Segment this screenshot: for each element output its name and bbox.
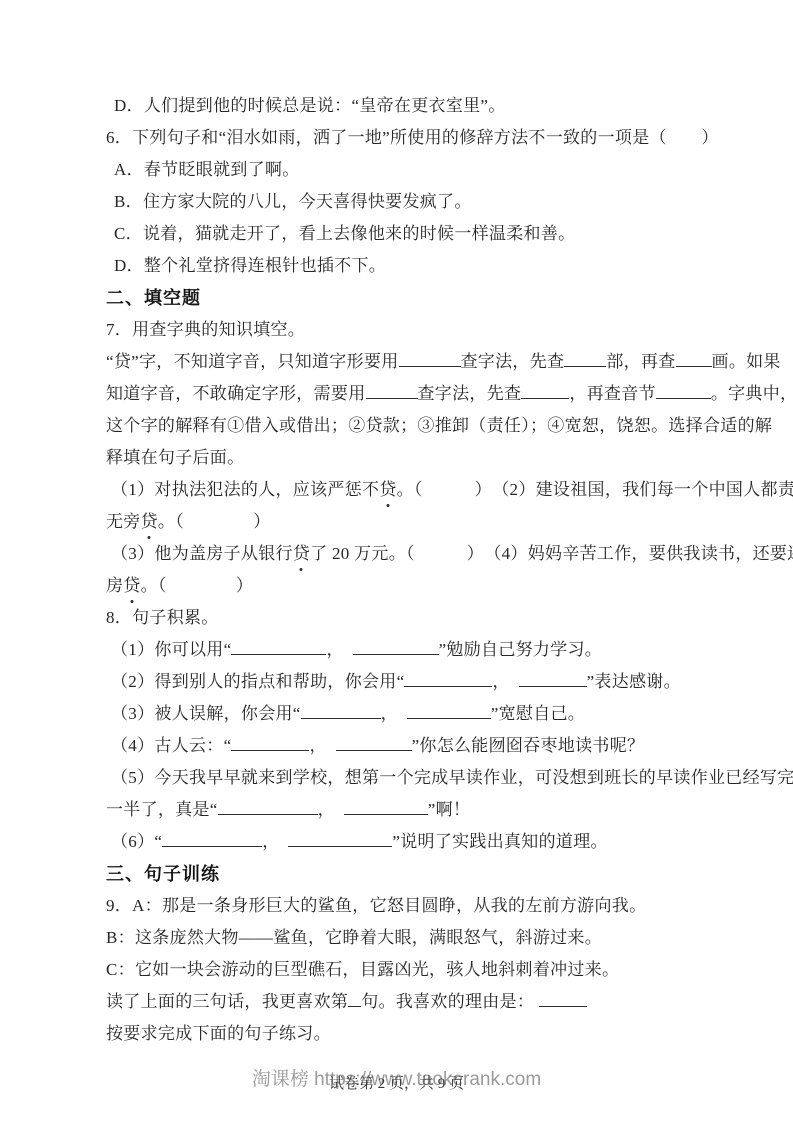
blank-underline	[564, 362, 606, 367]
text-line: 这个字的解释有①借入或借出；②贷款；③推卸（责任）；④宽恕，饶恕。选择合适的解	[106, 410, 746, 442]
text-line: （1）对执法犯法的人，应该严惩不贷。（ ） （2）建设祖国，我们每一个中国人都责	[106, 474, 746, 506]
text-segment: ，	[262, 832, 288, 851]
text-segment: 9．A：那是一条身形巨大的鲨鱼，它怒目圆睁，从我的左前方游向我。	[106, 896, 646, 915]
emphasized-char: 贷	[379, 474, 396, 506]
blank-underline	[539, 1002, 587, 1007]
blank-underline	[162, 842, 262, 847]
text-segment: ，	[309, 736, 335, 755]
blank-underline	[399, 362, 461, 367]
text-line: （3）他为盖房子从银行贷了 20 万元。（ ） （4）妈妈辛苦工作，要供我读书，…	[106, 538, 746, 570]
text-segment: 一半了，真是“	[106, 800, 218, 819]
text-segment: 画。如果	[712, 352, 781, 371]
text-segment: 房	[106, 576, 123, 595]
text-segment: 按要求完成下面的句子练习。	[106, 1024, 331, 1043]
text-line: （1）你可以用“， ”勉励自己努力学习。	[106, 634, 746, 666]
text-segment: （6）“	[111, 832, 162, 851]
text-segment: 无旁	[106, 512, 141, 531]
text-line: （5）今天我早早就来到学校，想第一个完成早读作业，可没想到班长的早读作业已经写完	[106, 762, 746, 794]
section-heading: 二、填空题	[106, 282, 746, 314]
text-segment: B：这条庞然大物——鲨鱼，它睁着大眼，满眼怒气，斜游过来。	[106, 928, 602, 947]
blank-underline	[366, 394, 418, 399]
text-segment: 释填在句子后面。	[106, 448, 244, 467]
text-line: 6．下列句子和“泪水如雨，洒了一地”所使用的修辞方法不一致的一项是（ ）	[106, 122, 746, 154]
text-segment: （3）被人误解，你会用“	[111, 704, 301, 723]
text-segment: 7．用查字典的知识填空。	[106, 320, 305, 339]
blank-underline	[407, 714, 491, 719]
blank-underline	[519, 682, 587, 687]
text-segment: ，	[492, 672, 518, 691]
text-segment: 。字典中，	[711, 384, 793, 403]
text-segment: ”说明了实践出真知的道理。	[392, 832, 607, 851]
text-segment: ，	[318, 800, 344, 819]
text-segment: 6．下列句子和“泪水如雨，洒了一地”所使用的修辞方法不一致的一项是（ ）	[106, 128, 719, 147]
text-line: 读了上面的三句话，我更喜欢第句。我喜欢的理由是：	[106, 986, 746, 1018]
blank-underline	[344, 810, 428, 815]
text-line: （3）被人误解，你会用“， ”宽慰自己。	[106, 698, 746, 730]
text-segment: ，	[381, 704, 407, 723]
text-segment: 句。我喜欢的理由是：	[361, 992, 539, 1011]
text-segment: 知道字音，不敢确定字形，需要用	[106, 384, 366, 403]
text-segment: D．人们提到他的时候总是说：“皇帝在更衣室里”。	[114, 96, 506, 115]
blank-underline	[336, 746, 412, 751]
text-line: 按要求完成下面的句子练习。	[106, 1018, 746, 1050]
text-segment: ”啊！	[428, 800, 470, 819]
emphasized-char: 贷	[141, 506, 158, 538]
blank-underline	[348, 1002, 361, 1007]
blank-underline	[288, 842, 392, 847]
text-segment: 查字法，先查	[418, 384, 522, 403]
document-body: D．人们提到他的时候总是说：“皇帝在更衣室里”。6．下列句子和“泪水如雨，洒了一…	[106, 90, 746, 1050]
text-line: 知道字音，不敢确定字形，需要用查字法，先查，再查音节。字典中，	[106, 378, 746, 410]
blank-underline	[656, 394, 711, 399]
text-segment: ”表达感谢。	[587, 672, 681, 691]
text-segment: （1）你可以用“	[111, 640, 231, 659]
text-segment: （2）得到别人的指点和帮助，你会用“	[111, 672, 404, 691]
text-segment: 这个字的解释有①借入或借出；②贷款；③推卸（责任）；④宽恕，饶恕。选择合适的解	[106, 416, 772, 435]
text-line: （2）得到别人的指点和帮助，你会用“， ”表达感谢。	[106, 666, 746, 698]
text-line: C：它如一块会游动的巨型礁石，目露凶光，骇人地斜刺着冲过来。	[106, 954, 746, 986]
text-line: 7．用查字典的知识填空。	[106, 314, 746, 346]
text-segment: ”勉励自己努力学习。	[439, 640, 603, 659]
text-line: 一半了，真是“， ”啊！	[106, 794, 746, 826]
text-segment: 。（ ） （2）建设祖国，我们每一个中国人都责	[397, 480, 793, 499]
text-line: B：这条庞然大物——鲨鱼，它睁着大眼，满眼怒气，斜游过来。	[106, 922, 746, 954]
blank-underline	[404, 682, 492, 687]
text-line: （4）古人云：“， ”你怎么能囫囵吞枣地读书呢？	[106, 730, 746, 762]
text-segment: 查字法，先查	[461, 352, 565, 371]
text-segment: （4）古人云：“	[111, 736, 231, 755]
page-footer: 淘课榜 https://www.taokerank.com 试卷第 2 页，共 …	[0, 1058, 793, 1108]
text-segment: ，	[326, 640, 352, 659]
text-segment: A．春节眨眼就到了啊。	[114, 160, 300, 179]
text-line: 无旁贷。（ ）	[106, 506, 746, 538]
text-line: C．说着，猫就走开了，看上去像他来的时候一样温柔和善。	[106, 218, 746, 250]
blank-underline	[353, 650, 439, 655]
text-segment: 了 20 万元。（ ） （4）妈妈辛苦工作，要供我读书，还要还	[310, 544, 793, 563]
text-segment: “贷”字，不知道字音，只知道字形要用	[106, 352, 399, 371]
text-line: （6）“， ”说明了实践出真知的道理。	[106, 826, 746, 858]
text-segment: （1）对执法犯法的人，应该严惩不	[111, 480, 379, 499]
text-segment: 三、句子训练	[106, 864, 220, 884]
blank-underline	[218, 810, 318, 815]
text-segment: 二、填空题	[106, 288, 201, 308]
blank-underline	[301, 714, 381, 719]
text-line: 释填在句子后面。	[106, 442, 746, 474]
section-heading: 三、句子训练	[106, 858, 746, 890]
text-line: D．人们提到他的时候总是说：“皇帝在更衣室里”。	[106, 90, 746, 122]
emphasized-char: 贷	[123, 570, 140, 602]
emphasized-char: 贷	[293, 538, 310, 570]
text-segment: 。（ ）	[158, 512, 271, 531]
text-line: D．整个礼堂挤得连根针也插不下。	[106, 250, 746, 282]
exam-page: { "page": { "background": "#ffffff", "te…	[0, 0, 793, 1122]
text-segment: D．整个礼堂挤得连根针也插不下。	[114, 256, 386, 275]
text-line: 房贷。（ ）	[106, 570, 746, 602]
text-segment: （5）今天我早早就来到学校，想第一个完成早读作业，可没想到班长的早读作业已经写完	[111, 768, 793, 787]
text-segment: 8．句子积累。	[106, 608, 219, 627]
text-segment: 部，再查	[606, 352, 675, 371]
text-segment: 读了上面的三句话，我更喜欢第	[106, 992, 348, 1011]
text-segment: ，再查音节	[569, 384, 656, 403]
text-line: “贷”字，不知道字音，只知道字形要用查字法，先查部，再查画。如果	[106, 346, 746, 378]
text-segment: ”你怎么能囫囵吞枣地读书呢？	[412, 736, 645, 755]
text-segment: （3）他为盖房子从银行	[111, 544, 293, 563]
text-line: A．春节眨眼就到了啊。	[106, 154, 746, 186]
text-line: B．住方家大院的八儿，今天喜得快要发疯了。	[106, 186, 746, 218]
text-segment: ”宽慰自己。	[491, 704, 585, 723]
text-line: 8．句子积累。	[106, 602, 746, 634]
text-segment: C：它如一块会游动的巨型礁石，目露凶光，骇人地斜刺着冲过来。	[106, 960, 619, 979]
blank-underline	[231, 650, 326, 655]
text-segment: C．说着，猫就走开了，看上去像他来的时候一样温柔和善。	[114, 224, 575, 243]
blank-underline	[521, 394, 569, 399]
text-line: 9．A：那是一条身形巨大的鲨鱼，它怒目圆睁，从我的左前方游向我。	[106, 890, 746, 922]
blank-underline	[676, 362, 712, 367]
text-segment: B．住方家大院的八儿，今天喜得快要发疯了。	[114, 192, 472, 211]
blank-underline	[231, 746, 309, 751]
text-segment: 。（ ）	[141, 576, 254, 595]
page-number: 试卷第 2 页，共 9 页	[0, 1072, 793, 1093]
